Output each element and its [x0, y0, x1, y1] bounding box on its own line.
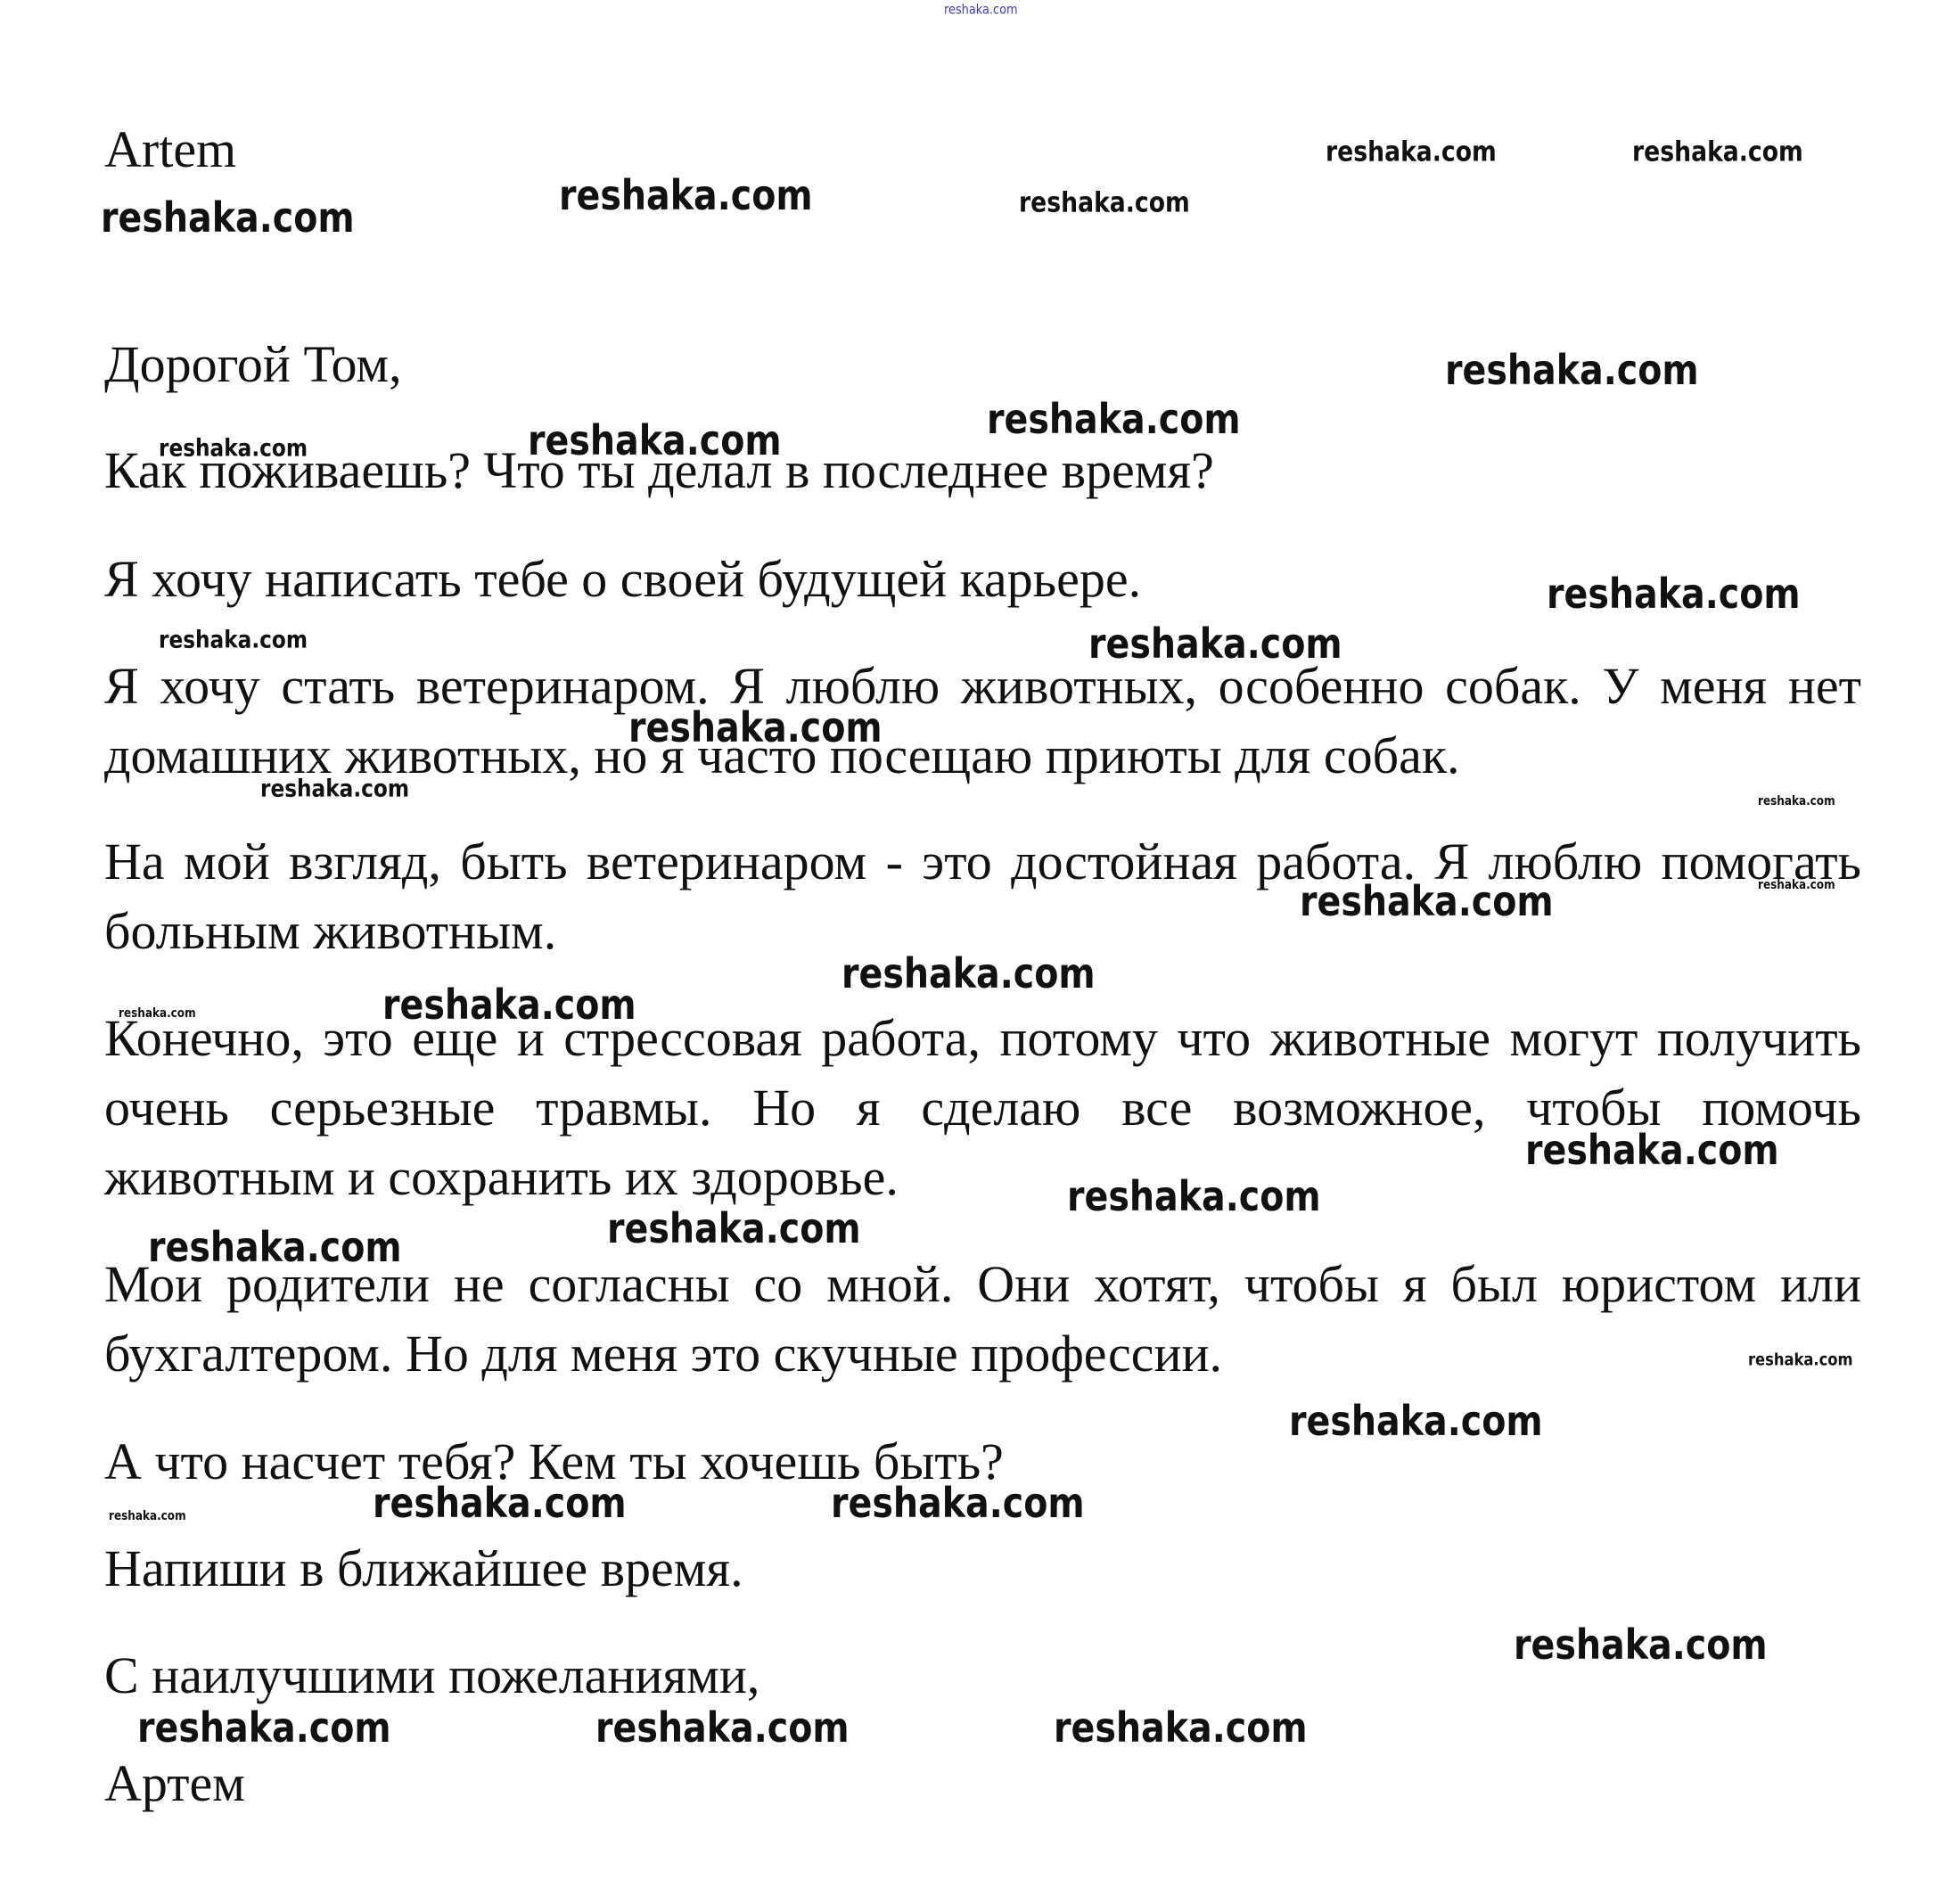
body-line: домашних животных, но я часто посещаю пр…	[104, 730, 1861, 782]
watermark: reshaka.com	[137, 1707, 391, 1748]
watermark: reshaka.com	[1289, 1400, 1543, 1441]
watermark: reshaka.com	[1445, 349, 1699, 390]
body-line: Конечно, это еще и стрессовая работа, по…	[104, 1013, 1861, 1068]
signature: Артем	[104, 1758, 1861, 1810]
watermark: reshaka.com	[1748, 1352, 1853, 1369]
document-page: Artem Дорогой Том, Как поживаешь? Что ты…	[0, 0, 1954, 1904]
watermark: reshaka.com	[1632, 139, 1803, 167]
watermark: reshaka.com	[1019, 190, 1190, 217]
watermark: reshaka.com	[159, 628, 308, 652]
watermark: reshaka.com	[373, 1482, 627, 1523]
watermark: reshaka.com	[628, 707, 883, 748]
watermark: reshaka.com	[119, 1007, 196, 1020]
watermark: reshaka.com	[1054, 1707, 1308, 1748]
body-line: На мой взгляд, быть ветеринаром - это до…	[104, 836, 1861, 891]
watermark: reshaka.com	[831, 1482, 1085, 1523]
watermark: reshaka.com	[595, 1707, 850, 1748]
watermark: reshaka.com	[1758, 879, 1835, 891]
sender-name: Artem	[104, 124, 1861, 176]
watermark: reshaka.com	[382, 984, 636, 1025]
watermark: reshaka.com	[1088, 623, 1342, 664]
watermark: reshaka.com	[1758, 795, 1835, 808]
watermark: reshaka.com	[1525, 1129, 1779, 1170]
watermark: reshaka.com	[944, 4, 1018, 17]
watermark: reshaka.com	[101, 197, 355, 238]
watermark: reshaka.com	[987, 398, 1241, 439]
body-line: Напиши в ближайшее время.	[104, 1543, 1861, 1595]
watermark: reshaka.com	[109, 1510, 186, 1522]
watermark: reshaka.com	[607, 1208, 861, 1249]
body-line: бухгалтером. Но для меня это скучные про…	[104, 1328, 1861, 1380]
watermark: reshaka.com	[842, 953, 1096, 994]
watermark: reshaka.com	[260, 777, 409, 801]
watermark: reshaka.com	[148, 1227, 402, 1268]
body-line: Я хочу стать ветеринаром. Я люблю животн…	[104, 661, 1861, 716]
watermark: reshaka.com	[528, 420, 782, 461]
watermark: reshaka.com	[1547, 573, 1801, 614]
watermark: reshaka.com	[1326, 139, 1497, 167]
watermark: reshaka.com	[159, 437, 308, 461]
body-line: Как поживаешь? Что ты делал в последнее …	[104, 445, 1861, 497]
watermark: reshaka.com	[559, 175, 813, 216]
watermark: reshaka.com	[1067, 1176, 1321, 1217]
watermark: reshaka.com	[1514, 1624, 1768, 1665]
watermark: reshaka.com	[1300, 881, 1554, 922]
